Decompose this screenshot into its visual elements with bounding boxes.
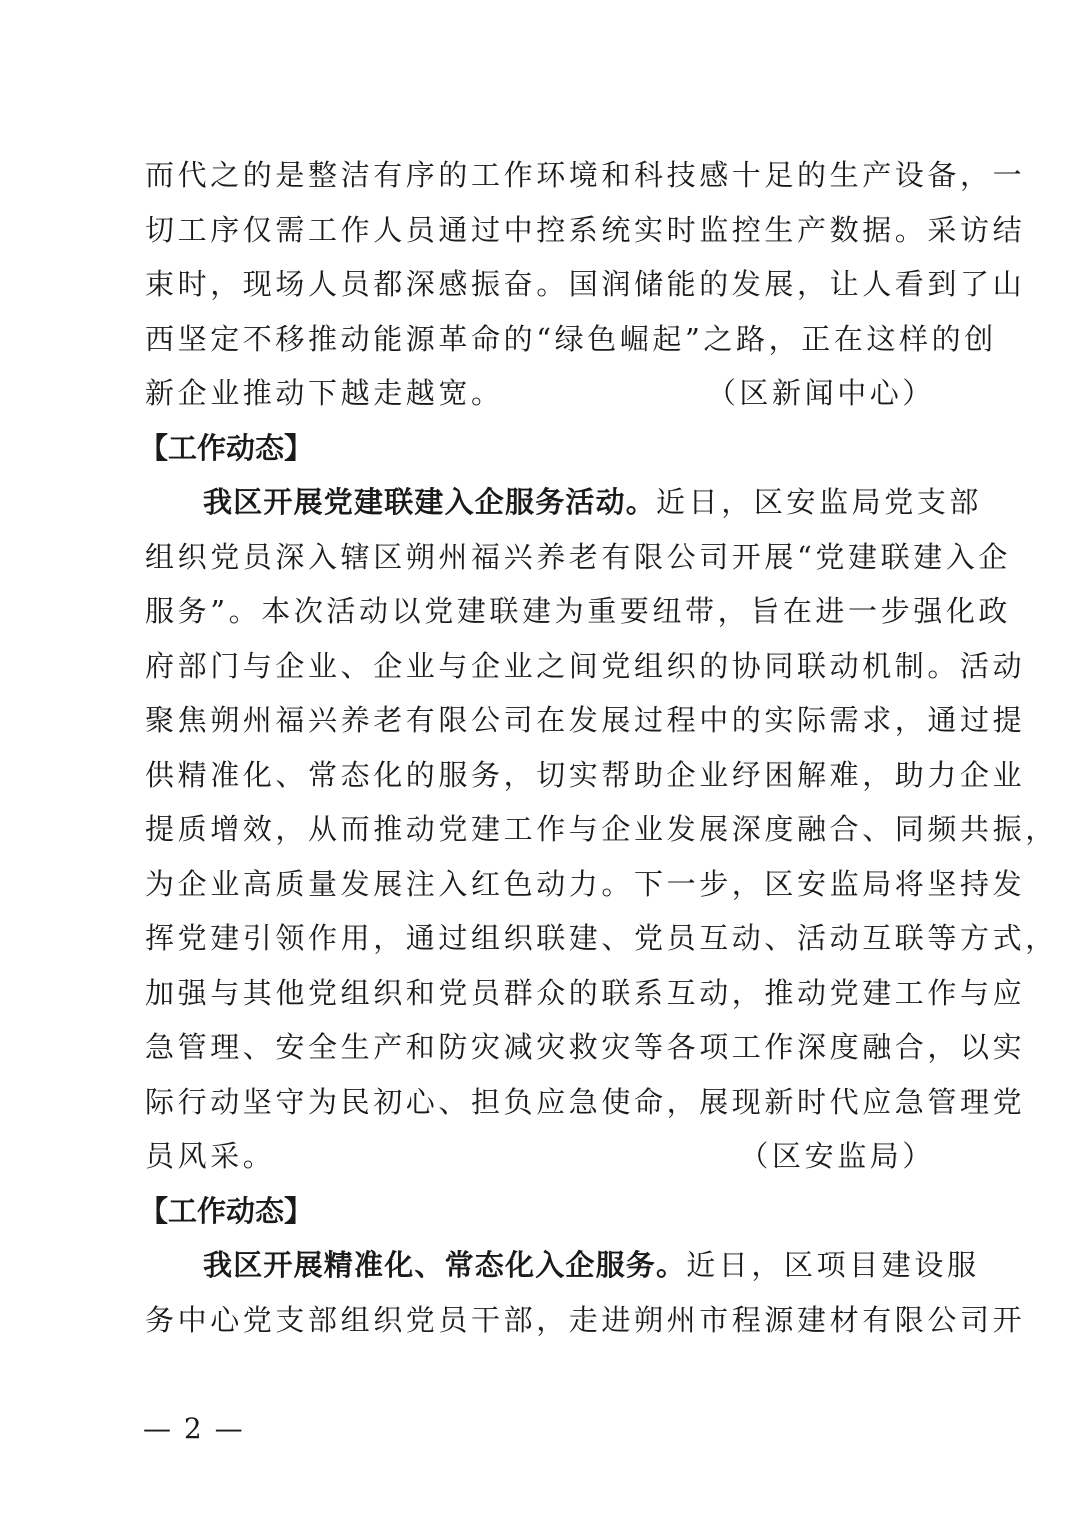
paragraph-line: 而代之的是整洁有序的工作环境和科技感十足的生产设备，一 <box>145 148 935 203</box>
paragraph-line: 际行动坚守为民初心、担负应急使命，展现新时代应急管理党 <box>145 1075 935 1130</box>
section-heading: 【工作动态】 <box>139 1184 935 1239</box>
paragraph-line: 加强与其他党组织和党员群众的联系互动，推动党建工作与应 <box>145 966 935 1021</box>
section-heading: 【工作动态】 <box>139 421 935 476</box>
article-first-line: 我区开展精准化、常态化入企服务。近日，区项目建设服 <box>145 1238 935 1293</box>
article-lead-title: 我区开展精准化、常态化入企服务。 <box>203 1248 686 1282</box>
paragraph-line: 务中心党支部组织党员干部，走进朔州市程源建材有限公司开 <box>145 1293 935 1348</box>
paragraph-line: 为企业高质量发展注入红色动力。下一步，区安监局将坚持发 <box>145 857 935 912</box>
paragraph-line: 供精准化、常态化的服务，切实帮助企业纾困解难，助力企业 <box>145 748 935 803</box>
document-page: 而代之的是整洁有序的工作环境和科技感十足的生产设备，一 切工序仅需工作人员通过中… <box>145 148 935 1347</box>
paragraph-line: 束时，现场人员都深感振奋。国润储能的发展，让人看到了山 <box>145 257 935 312</box>
paragraph-line: 员风采。 <box>145 1139 275 1173</box>
article-lead-title: 我区开展党建联建入企服务活动。 <box>203 485 656 519</box>
paragraph-line: 急管理、安全生产和防灾减灾救灾等各项工作深度融合，以实 <box>145 1020 935 1075</box>
paragraph-line: 提质增效，从而推动党建工作与企业发展深度融合、同频共振， <box>145 802 935 857</box>
paragraph-line: 近日，区安监局党支部 <box>656 485 982 519</box>
paragraph-line-with-source: 员风采。 （区安监局） <box>145 1129 935 1184</box>
paragraph-line: 新企业推动下越走越宽。 <box>145 376 504 410</box>
source-attribution: （区新闻中心） <box>707 366 935 421</box>
article-party-building: 【工作动态】 我区开展党建联建入企服务活动。近日，区安监局党支部 组织党员深入辖… <box>145 421 935 1184</box>
paragraph-line-with-source: 新企业推动下越走越宽。 （区新闻中心） <box>145 366 935 421</box>
paragraph-line: 近日，区项目建设服 <box>686 1248 979 1282</box>
paragraph-line: 挥党建引领作用，通过组织联建、党员互动、活动互联等方式， <box>145 911 935 966</box>
page-number: — 2 — <box>143 1412 245 1445</box>
paragraph-line: 服务”。本次活动以党建联建为重要纽带，旨在进一步强化政 <box>145 584 935 639</box>
article-first-line: 我区开展党建联建入企服务活动。近日，区安监局党支部 <box>145 475 935 530</box>
article-enterprise-service: 【工作动态】 我区开展精准化、常态化入企服务。近日，区项目建设服 务中心党支部组… <box>145 1184 935 1348</box>
continuation-paragraph: 而代之的是整洁有序的工作环境和科技感十足的生产设备，一 切工序仅需工作人员通过中… <box>145 148 935 421</box>
paragraph-line: 聚焦朔州福兴养老有限公司在发展过程中的实际需求，通过提 <box>145 693 935 748</box>
paragraph-line: 西坚定不移推动能源革命的“绿色崛起”之路，正在这样的创 <box>145 312 935 367</box>
paragraph-line: 组织党员深入辖区朔州福兴养老有限公司开展“党建联建入企 <box>145 530 935 585</box>
paragraph-line: 府部门与企业、企业与企业之间党组织的协同联动机制。活动 <box>145 639 935 694</box>
paragraph-line: 切工序仅需工作人员通过中控系统实时监控生产数据。采访结 <box>145 203 935 258</box>
source-attribution: （区安监局） <box>739 1129 935 1184</box>
